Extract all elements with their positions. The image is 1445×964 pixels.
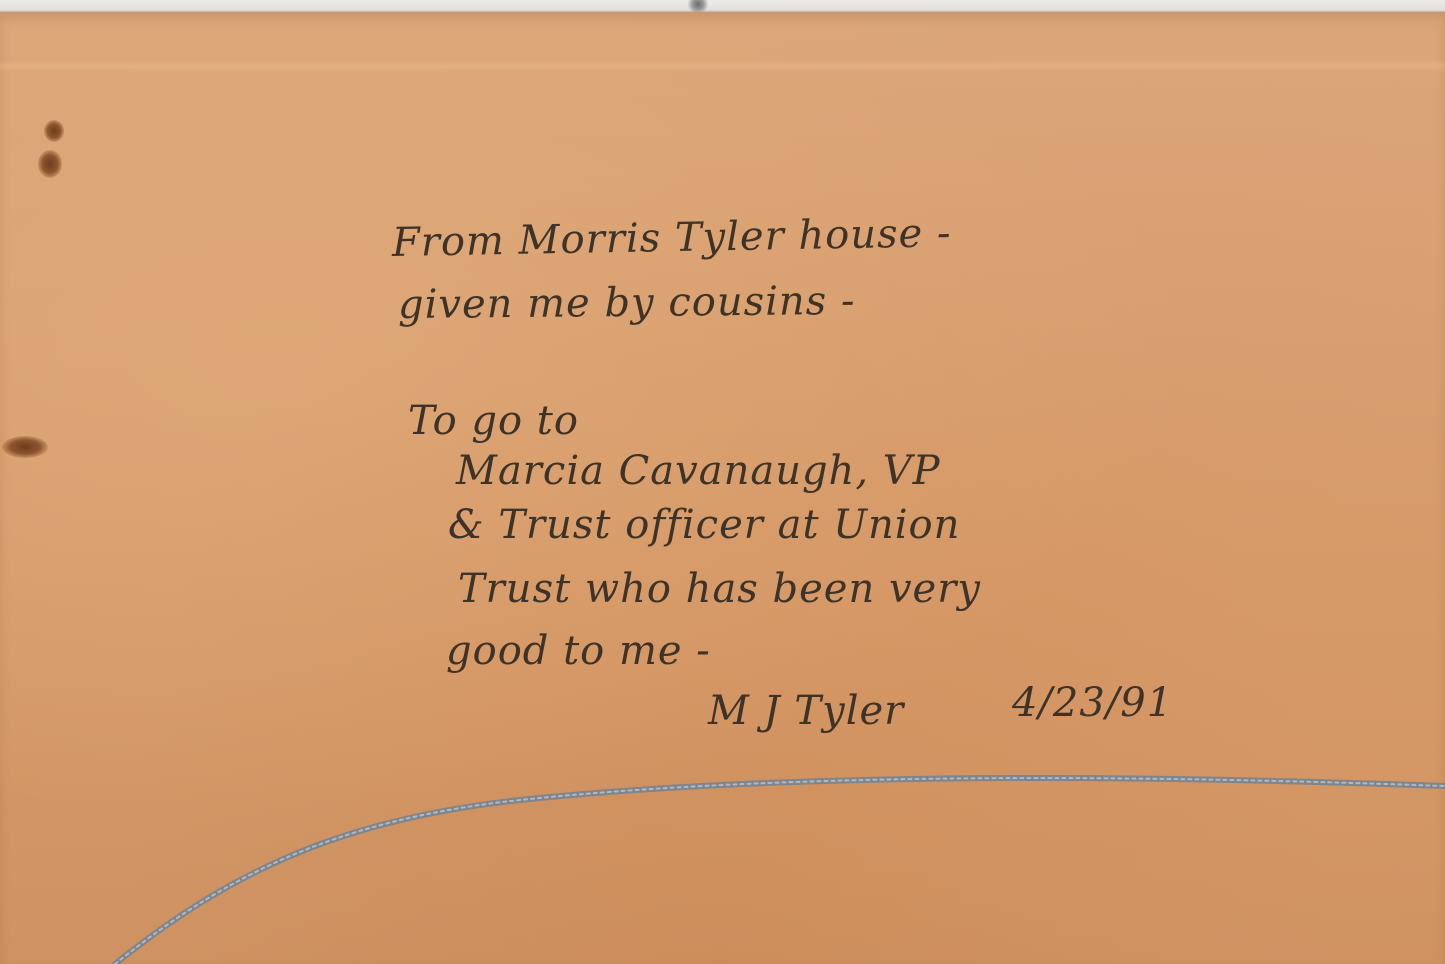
hanging-wire — [0, 0, 1445, 964]
framed-picture-back: From Morris Tyler house - given me by co… — [0, 0, 1445, 964]
